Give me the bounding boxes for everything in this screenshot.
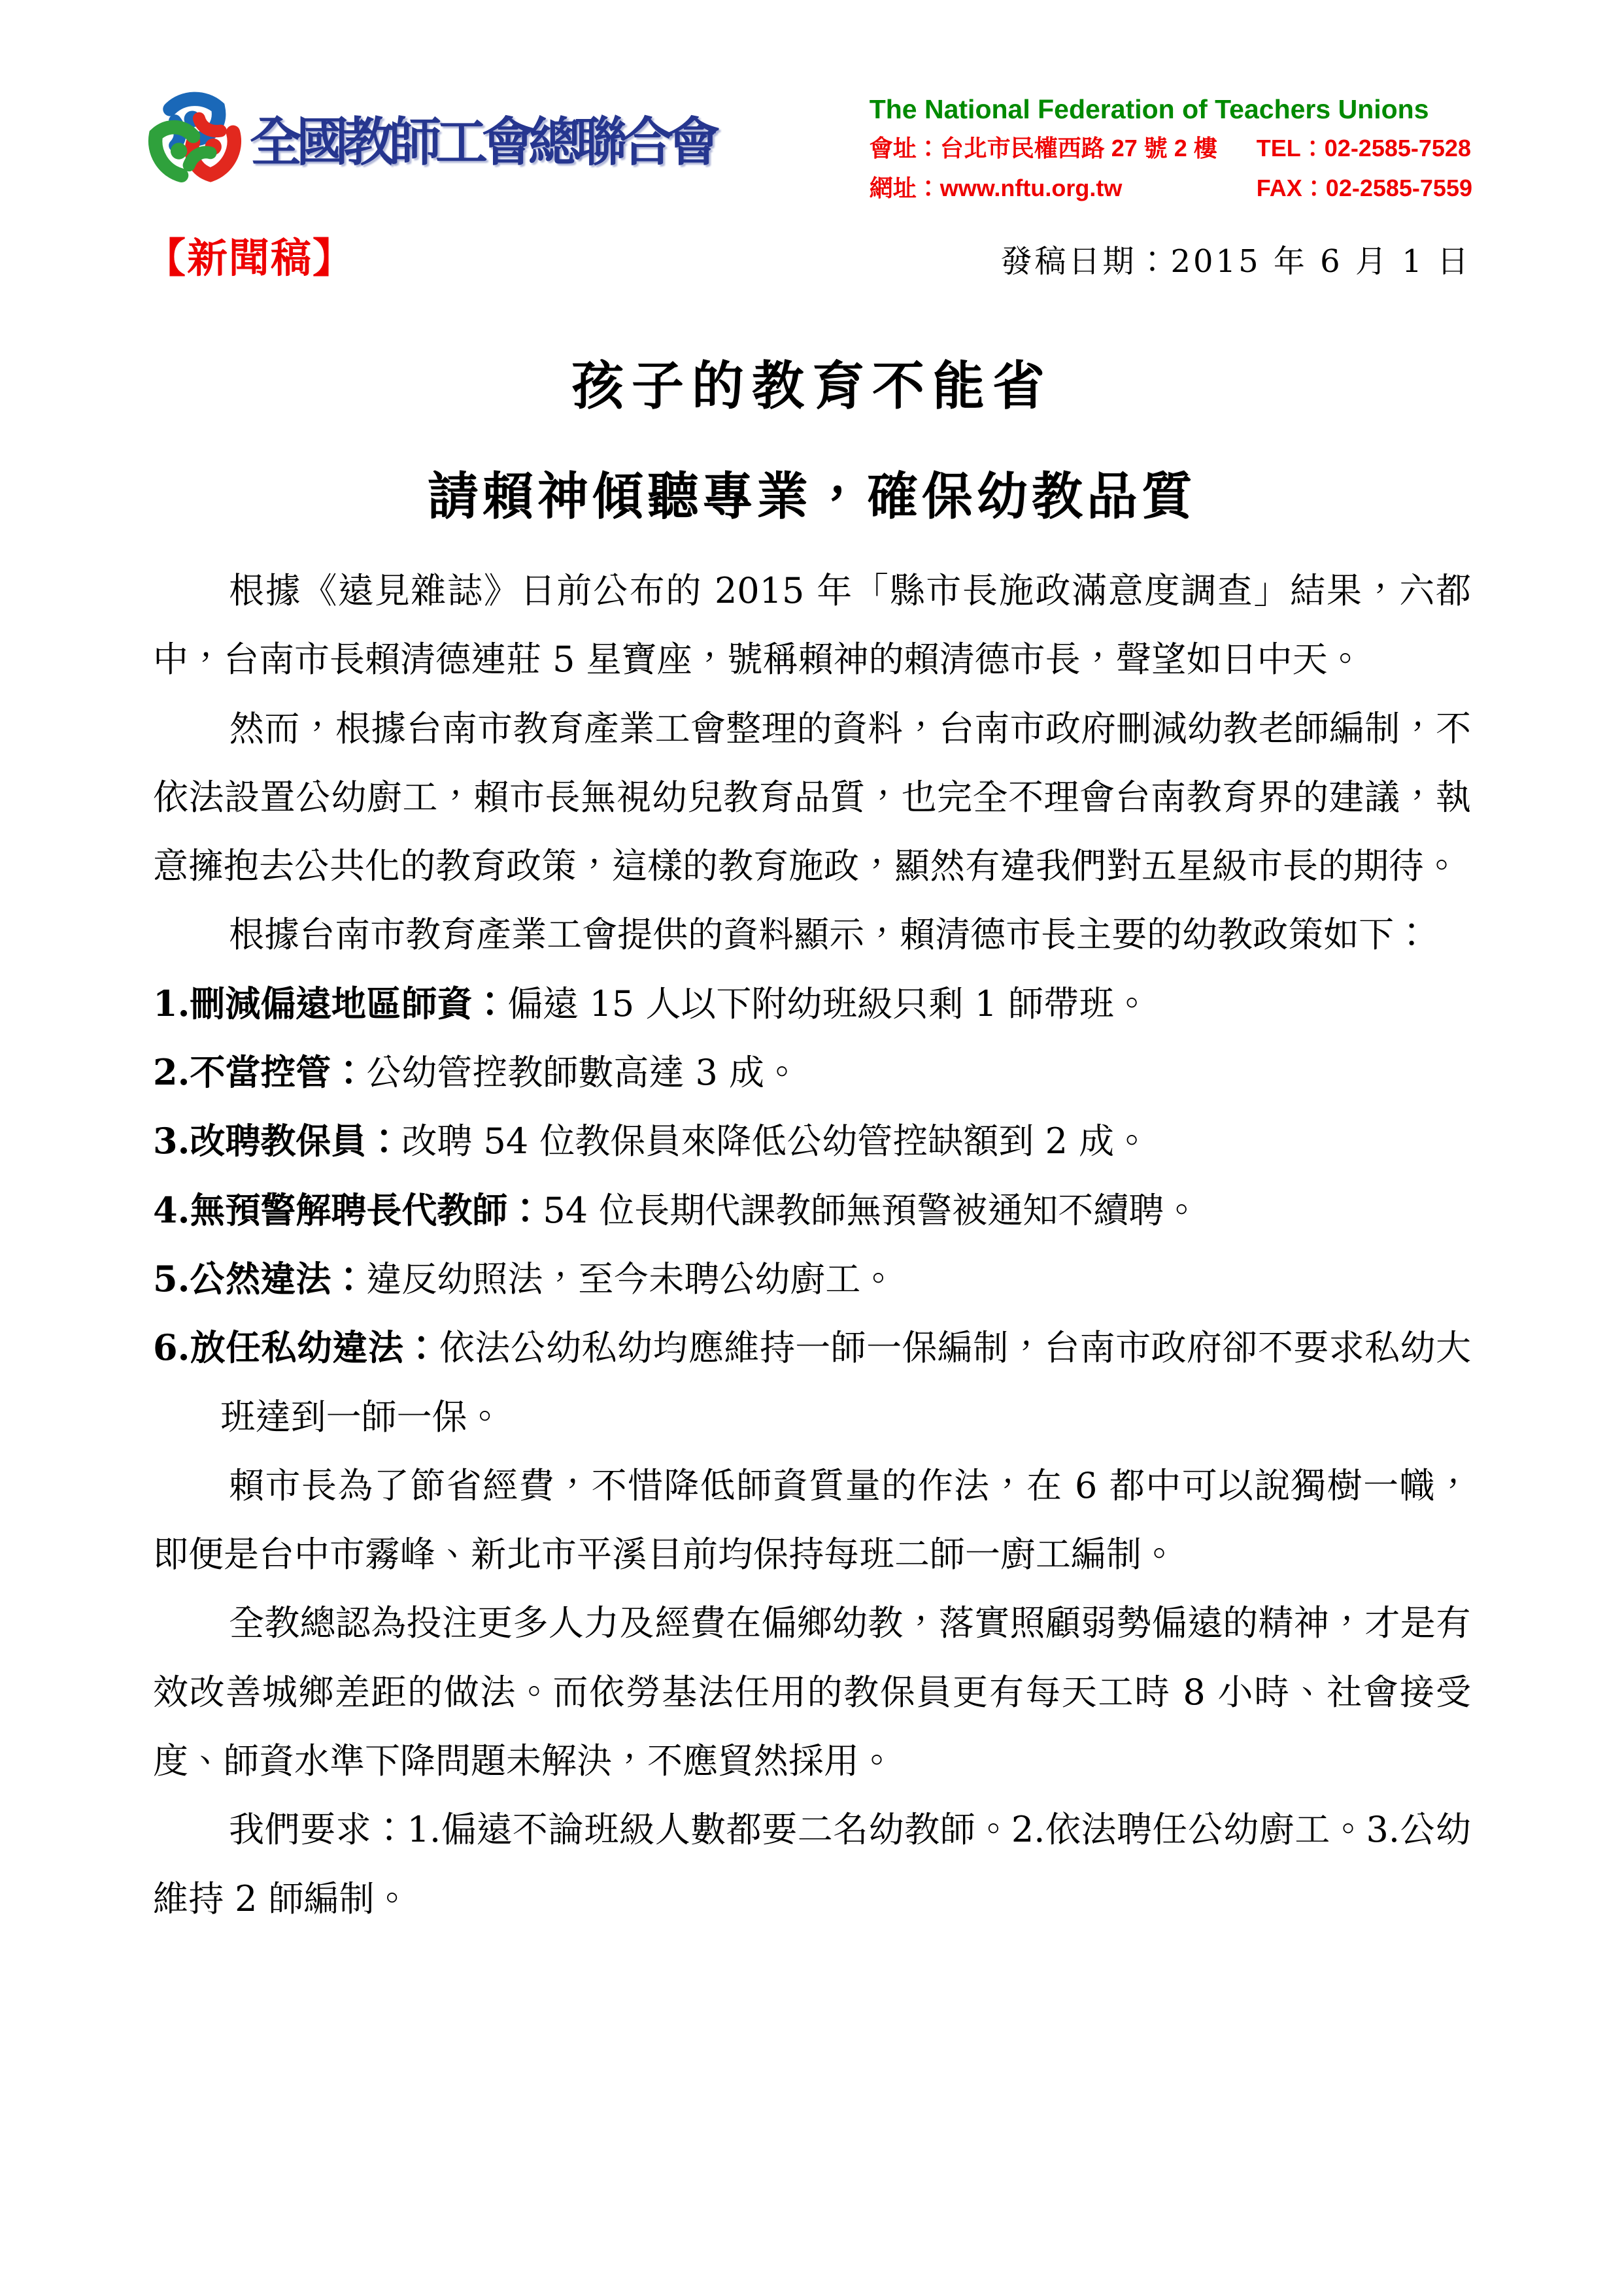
- policy-item-label: 放任私幼違法：: [190, 1326, 439, 1368]
- fax-line: FAX：02-2585-7559: [1257, 170, 1472, 203]
- policy-item-1: 1.刪減偏遠地區師資：偏遠 15 人以下附幼班級只剩 1 師帶班。: [153, 970, 1471, 1038]
- paragraph-2: 然而，根據台南市教育產業工會整理的資料，台南市政府刪減幼教老師編制，不依法設置公…: [153, 694, 1471, 901]
- paragraph-4: 賴市長為了節省經費，不惜降低師資質量的作法，在 6 都中可以說獨樹一幟，即便是台…: [153, 1451, 1471, 1589]
- nftu-logo: 全國教師工會總聯合會: [145, 84, 714, 191]
- header-contact-block: The National Federation of Teachers Unio…: [870, 94, 1472, 203]
- policy-item-number: 5.: [153, 1258, 190, 1300]
- address-line: 會址：台北市民權西路 27 號 2 樓: [870, 130, 1217, 163]
- website-line: 網址：www.nftu.org.tw: [870, 170, 1217, 203]
- paragraph-3: 根據台南市教育產業工會提供的資料顯示，賴清德市長主要的幼教政策如下：: [153, 900, 1471, 969]
- doc-type-label: 【新聞稿】: [145, 226, 354, 284]
- nftu-logo-mark-icon: [145, 84, 245, 191]
- paragraph-1: 根據《遠見雜誌》日前公布的 2015 年「縣市長施政滿意度調查」結果，六都中，台…: [153, 556, 1471, 694]
- press-release-page: 全國教師工會總聯合會 The National Federation of Te…: [0, 0, 1624, 2294]
- contact-grid: 會址：台北市民權西路 27 號 2 樓 TEL：02-2585-7528 網址：…: [870, 130, 1472, 203]
- org-name-en: The National Federation of Teachers Unio…: [870, 94, 1472, 125]
- paragraph-5: 全教總認為投注更多人力及經費在偏鄉幼教，落實照顧弱勢偏遠的精神，才是有效改善城鄉…: [153, 1589, 1471, 1795]
- org-name-zh: 全國教師工會總聯合會: [250, 100, 714, 175]
- policy-item-label: 不當控管：: [190, 1051, 366, 1093]
- release-date: 發稿日期：2015 年 6 月 1 日: [1000, 236, 1471, 281]
- document-title: 孩子的教育不能省 請賴神傾聽專業，確保幼教品質: [0, 344, 1624, 529]
- policy-item-text: 公幼管控教師數高達 3 成。: [366, 1052, 800, 1093]
- policy-item-6: 6.放任私幼違法：依法公幼私幼均應維持一師一保編制，台南市政府卻不要求私幼大班達…: [153, 1313, 1471, 1451]
- policy-item-label: 刪減偏遠地區師資：: [190, 983, 507, 1024]
- policy-item-text: 改聘 54 位教保員來降低公幼管控缺額到 2 成。: [401, 1121, 1149, 1162]
- policy-item-number: 6.: [153, 1326, 190, 1368]
- title-line-2: 請賴神傾聽專業，確保幼教品質: [0, 456, 1624, 529]
- paragraph-6: 我們要求：1.偏遠不論班級人數都要二名幼教師。2.依法聘任公幼廚工。3.公幼維持…: [153, 1795, 1471, 1933]
- policy-item-text: 違反幼照法，至今未聘公幼廚工。: [366, 1258, 896, 1300]
- policy-item-number: 1.: [153, 983, 190, 1024]
- policy-item-number: 4.: [153, 1189, 190, 1231]
- policy-item-3: 3.改聘教保員：改聘 54 位教保員來降低公幼管控缺額到 2 成。: [153, 1107, 1471, 1175]
- tel-line: TEL：02-2585-7528: [1257, 130, 1472, 163]
- header: 全國教師工會總聯合會 The National Federation of Te…: [0, 0, 1624, 203]
- policy-item-text: 54 位長期代課教師無預警被通知不續聘。: [543, 1190, 1199, 1231]
- meta-row: 【新聞稿】 發稿日期：2015 年 6 月 1 日: [0, 203, 1624, 284]
- policy-item-label: 公然違法：: [190, 1258, 366, 1300]
- policy-item-label: 無預警解聘長代教師：: [190, 1189, 543, 1231]
- policy-item-text: 偏遠 15 人以下附幼班級只剩 1 師帶班。: [507, 983, 1149, 1024]
- policy-item-number: 2.: [153, 1051, 190, 1093]
- document-body: 根據《遠見雜誌》日前公布的 2015 年「縣市長施政滿意度調查」結果，六都中，台…: [0, 529, 1624, 1933]
- policy-item-label: 改聘教保員：: [190, 1120, 401, 1162]
- policy-item-4: 4.無預警解聘長代教師：54 位長期代課教師無預警被通知不續聘。: [153, 1176, 1471, 1245]
- title-line-1: 孩子的教育不能省: [0, 344, 1624, 419]
- policy-item-2: 2.不當控管：公幼管控教師數高達 3 成。: [153, 1038, 1471, 1107]
- policy-item-5: 5.公然違法：違反幼照法，至今未聘公幼廚工。: [153, 1245, 1471, 1313]
- policy-item-number: 3.: [153, 1120, 190, 1162]
